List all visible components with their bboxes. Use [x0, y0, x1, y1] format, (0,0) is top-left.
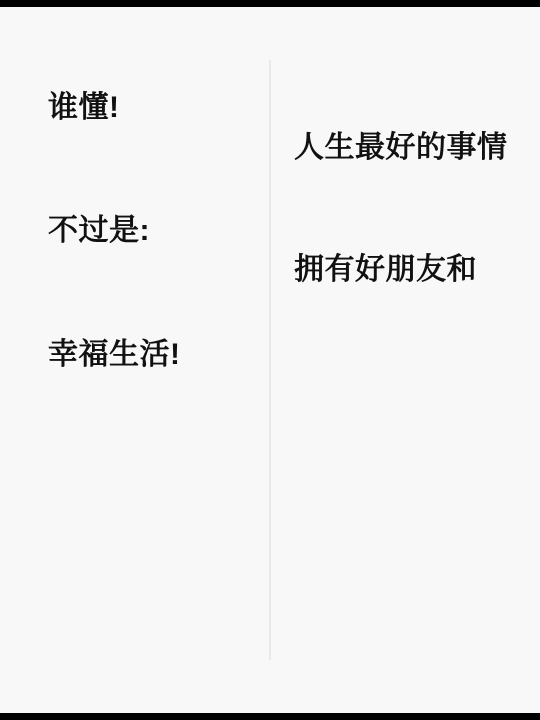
- vertical-divider: [269, 60, 271, 660]
- left-line-1: 谁懂!: [48, 93, 120, 123]
- left-line-3: 幸福生活!: [48, 340, 181, 370]
- letterbox-bar-top: [0, 0, 540, 7]
- right-line-1: 人生最好的事情: [294, 133, 508, 163]
- right-line-2: 拥有好朋友和: [294, 255, 477, 285]
- letterbox-bar-bottom: [0, 713, 540, 720]
- quote-card: 谁懂! 不过是: 幸福生活! 人生最好的事情 拥有好朋友和: [0, 0, 540, 720]
- left-line-2: 不过是:: [48, 216, 150, 246]
